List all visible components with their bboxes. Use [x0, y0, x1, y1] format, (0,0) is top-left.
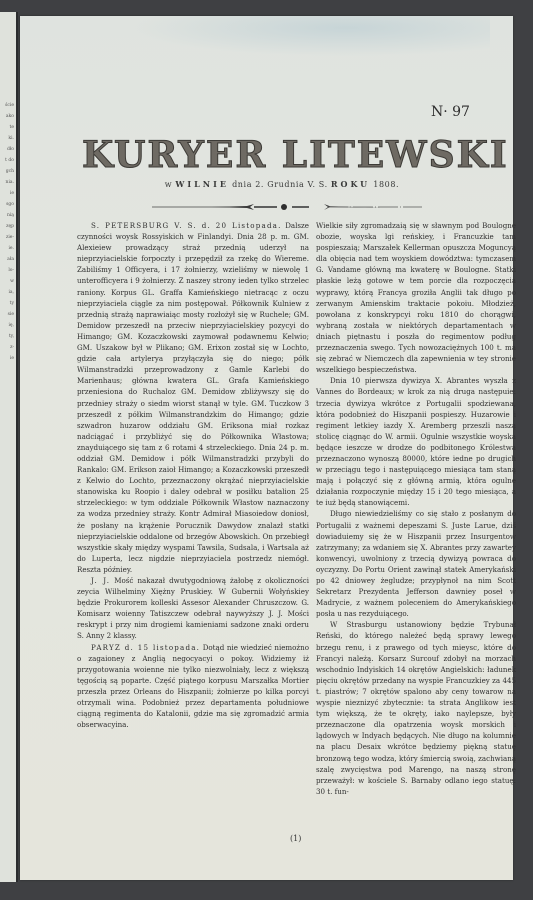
- adjacent-page-text-fragment: ie.: [8, 247, 14, 252]
- article-body: Dalsze czynności woysk Rossyiskich w Fin…: [77, 221, 309, 574]
- article-column-left: S. PETERSBURG V. S. d. 20 Listopada. Dal…: [77, 220, 309, 730]
- article-court-notices: J. J. Mość nakazał dwutygodniową żałobę …: [77, 575, 309, 642]
- article-body: Dnia 10 pierwsza dywizya X. Abrantes wys…: [316, 376, 516, 507]
- article-body: Długo niewiedzieliśmy co się stało z pos…: [316, 509, 516, 618]
- newspaper-page: N· 97 KURYER LITEWSKI w WILNIE dnia 2. G…: [20, 16, 513, 880]
- page-number: (1): [290, 834, 301, 843]
- adjacent-page-text-fragment: nią: [7, 214, 14, 219]
- adjacent-page-text-fragment: ię,: [8, 324, 14, 329]
- article-heading: PARYZ d. 15 listopada.: [91, 643, 200, 652]
- article-abrantes: Dnia 10 pierwsza dywizya X. Abrantes wys…: [316, 375, 516, 508]
- adjacent-page-edge: ścieakoteki.dłot dogchnia.iesgoniązępzie…: [0, 12, 18, 882]
- dateline-year-label: ROKU: [331, 179, 370, 189]
- article-heading: S. PETERSBURG V. S. d. 20 Listopada.: [91, 221, 282, 230]
- adjacent-page-text-fragment: gch: [6, 170, 14, 175]
- article-boulogne: Wielkie siły zgromadzaią się w sławnym p…: [316, 220, 516, 375]
- adjacent-page-text-fragment: ie: [10, 192, 14, 197]
- article-body: Wielkie siły zgromadzaią się w sławnym p…: [316, 221, 516, 374]
- adjacent-page-text-fragment: ako: [6, 115, 14, 120]
- adjacent-page-text-fragment: lo-: [8, 269, 14, 274]
- adjacent-page-text-fragment: ała: [7, 258, 14, 263]
- article-body: W Strasburgu ustanowiony będzie Trybunał…: [316, 620, 516, 795]
- article-portugal-envoy: Długo niewiedzieliśmy co się stało z pos…: [316, 508, 516, 619]
- adjacent-page-text-fragment: ście: [5, 104, 14, 109]
- article-body: Mość nakazał dwutygodniową żałobę z okol…: [77, 576, 309, 640]
- dateline-year: 1808.: [373, 180, 399, 189]
- dateline-city: WILNIE: [175, 179, 229, 189]
- adjacent-page-text-fragment: w: [10, 280, 14, 285]
- article-heading: J. J.: [91, 576, 110, 585]
- adjacent-page-text-fragment: ty: [10, 302, 14, 307]
- adjacent-page-text-fragment: te: [10, 126, 14, 131]
- adjacent-page-text-fragment: nia.: [6, 181, 14, 186]
- adjacent-page-text-fragment: ia,: [8, 291, 14, 296]
- adjacent-page-text-fragment: ki.: [8, 137, 14, 142]
- adjacent-page-text-fragment: ty,: [9, 335, 14, 340]
- ornamental-rule-icon: [152, 203, 432, 211]
- dateline: w WILNIE dnia 2. Grudnia V. S. ROKU 1808…: [82, 179, 482, 189]
- adjacent-page-text-fragment: t do: [5, 159, 14, 164]
- adjacent-page-text-fragment: z-: [10, 346, 14, 351]
- article-st-petersburg: S. PETERSBURG V. S. d. 20 Listopada. Dal…: [77, 220, 309, 575]
- article-strasbourg: W Strasburgu ustanowiony będzie Trybunał…: [316, 619, 516, 797]
- adjacent-page-text-fragment: zie-: [6, 236, 14, 241]
- adjacent-page-text-fragment: sgo: [6, 203, 14, 208]
- dateline-prefix: w: [165, 180, 172, 189]
- masthead-title: KURYER LITEWSKI: [82, 134, 482, 176]
- article-column-right: Wielkie siły zgromadzaią się w sławnym p…: [316, 220, 516, 797]
- water-stain: [130, 16, 490, 56]
- issue-number: N· 97: [431, 104, 470, 120]
- article-paris: PARYZ d. 15 listopada. Dotąd nie wiedzie…: [77, 642, 309, 731]
- adjacent-page-text-fragment: ie: [10, 357, 14, 362]
- adjacent-page-text-fragment: dło: [7, 148, 14, 153]
- dateline-date: dnia 2. Grudnia V. S.: [232, 180, 328, 189]
- article-body: Dotąd nie wiedzieć niemożno o zagaioney …: [77, 643, 309, 730]
- adjacent-page-text-fragment: zęp: [6, 225, 14, 230]
- adjacent-page-text-fragment: sie: [8, 313, 14, 318]
